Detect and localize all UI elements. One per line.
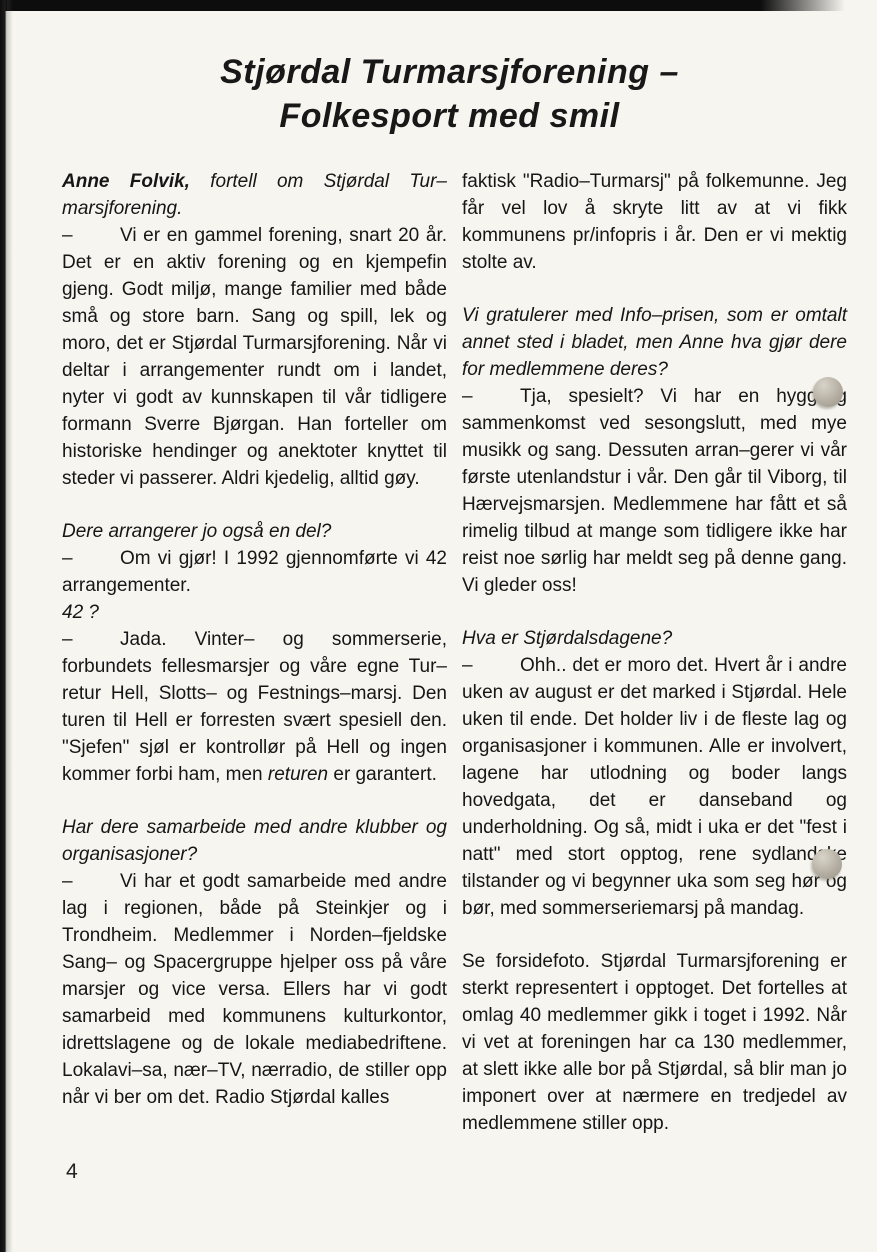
qa-dash-marker: – [462,652,520,679]
text-segment: Om vi gjør! I 1992 gjennomførte vi 42 ar… [62,548,447,596]
text-segment: Hva er Stjørdalsdagene? [462,628,672,649]
paragraph: –Tja, spesielt? Vi har en hyggelig samme… [462,383,847,599]
page-title-line1: Stjørdal Turmarsjforening – [62,50,837,94]
text-segment: Vi er en gammel forening, snart 20 år. D… [62,225,447,489]
paragraph: Dere arrangerer jo også en del? [62,518,447,545]
qa-dash-marker: – [62,868,120,895]
paragraph: Vi gratulerer med Info–prisen, som er om… [462,302,847,383]
text-segment: faktisk "Radio–Turmarsj" på folkemunne. … [462,171,847,273]
scan-edge-top [0,0,845,11]
paragraph: Se forsidefoto. Stjørdal Turmarsjforenin… [462,948,847,1137]
text-segment: returen [268,764,328,785]
text-segment: Vi har et godt samarbeide med andre lag … [62,871,447,1108]
paragraph: –Vi er en gammel forening, snart 20 år. … [62,222,447,492]
scan-edge-left [0,0,7,1252]
paragraph: –Om vi gjør! I 1992 gjennomførte vi 42 a… [62,545,447,599]
paragraph: –Jada. Vinter– og sommerserie, forbundet… [62,626,447,788]
punch-hole-bottom [812,849,842,879]
text-segment: Anne Folvik, [62,171,190,192]
paragraph: Anne Folvik, fortell om Stjørdal Tur–mar… [62,168,447,222]
paragraph: –Ohh.. det er moro det. Hvert år i andre… [462,652,847,922]
qa-dash-marker: – [62,545,120,572]
text-segment: Har dere samarbeide med andre klubber og… [62,817,447,865]
text-segment: Se forsidefoto. Stjørdal Turmarsjforenin… [462,951,847,1134]
page-title: Stjørdal Turmarsjforening – Folkesport m… [62,50,837,138]
page-title-line2: Folkesport med smil [62,94,837,138]
text-segment: er garantert. [328,764,437,785]
qa-dash-marker: – [62,222,120,249]
text-segment: Vi gratulerer med Info–prisen, som er om… [462,305,847,380]
text-segment: 42 ? [62,602,99,623]
article-body: Anne Folvik, fortell om Stjørdal Tur–mar… [62,168,847,1137]
paragraph: Hva er Stjørdalsdagene? [462,625,847,652]
article-left-column: Anne Folvik, fortell om Stjørdal Tur–mar… [62,168,447,1137]
qa-dash-marker: – [62,626,120,653]
article-right-column: faktisk "Radio–Turmarsj" på folkemunne. … [462,168,847,1137]
text-segment: Dere arrangerer jo også en del? [62,521,331,542]
text-segment: Ohh.. det er moro det. Hvert år i andre … [462,655,847,919]
qa-dash-marker: – [462,383,520,410]
text-segment: Tja, spesielt? Vi har en hyggelig sammen… [462,386,847,596]
paragraph: faktisk "Radio–Turmarsj" på folkemunne. … [462,168,847,276]
paragraph: –Vi har et godt samarbeide med andre lag… [62,868,447,1111]
punch-hole-top [813,377,843,407]
paragraph: Har dere samarbeide med andre klubber og… [62,814,447,868]
page-number: 4 [66,1160,78,1184]
paragraph: 42 ? [62,599,447,626]
text-segment: Jada. Vinter– og sommerserie, forbundets… [62,629,447,785]
